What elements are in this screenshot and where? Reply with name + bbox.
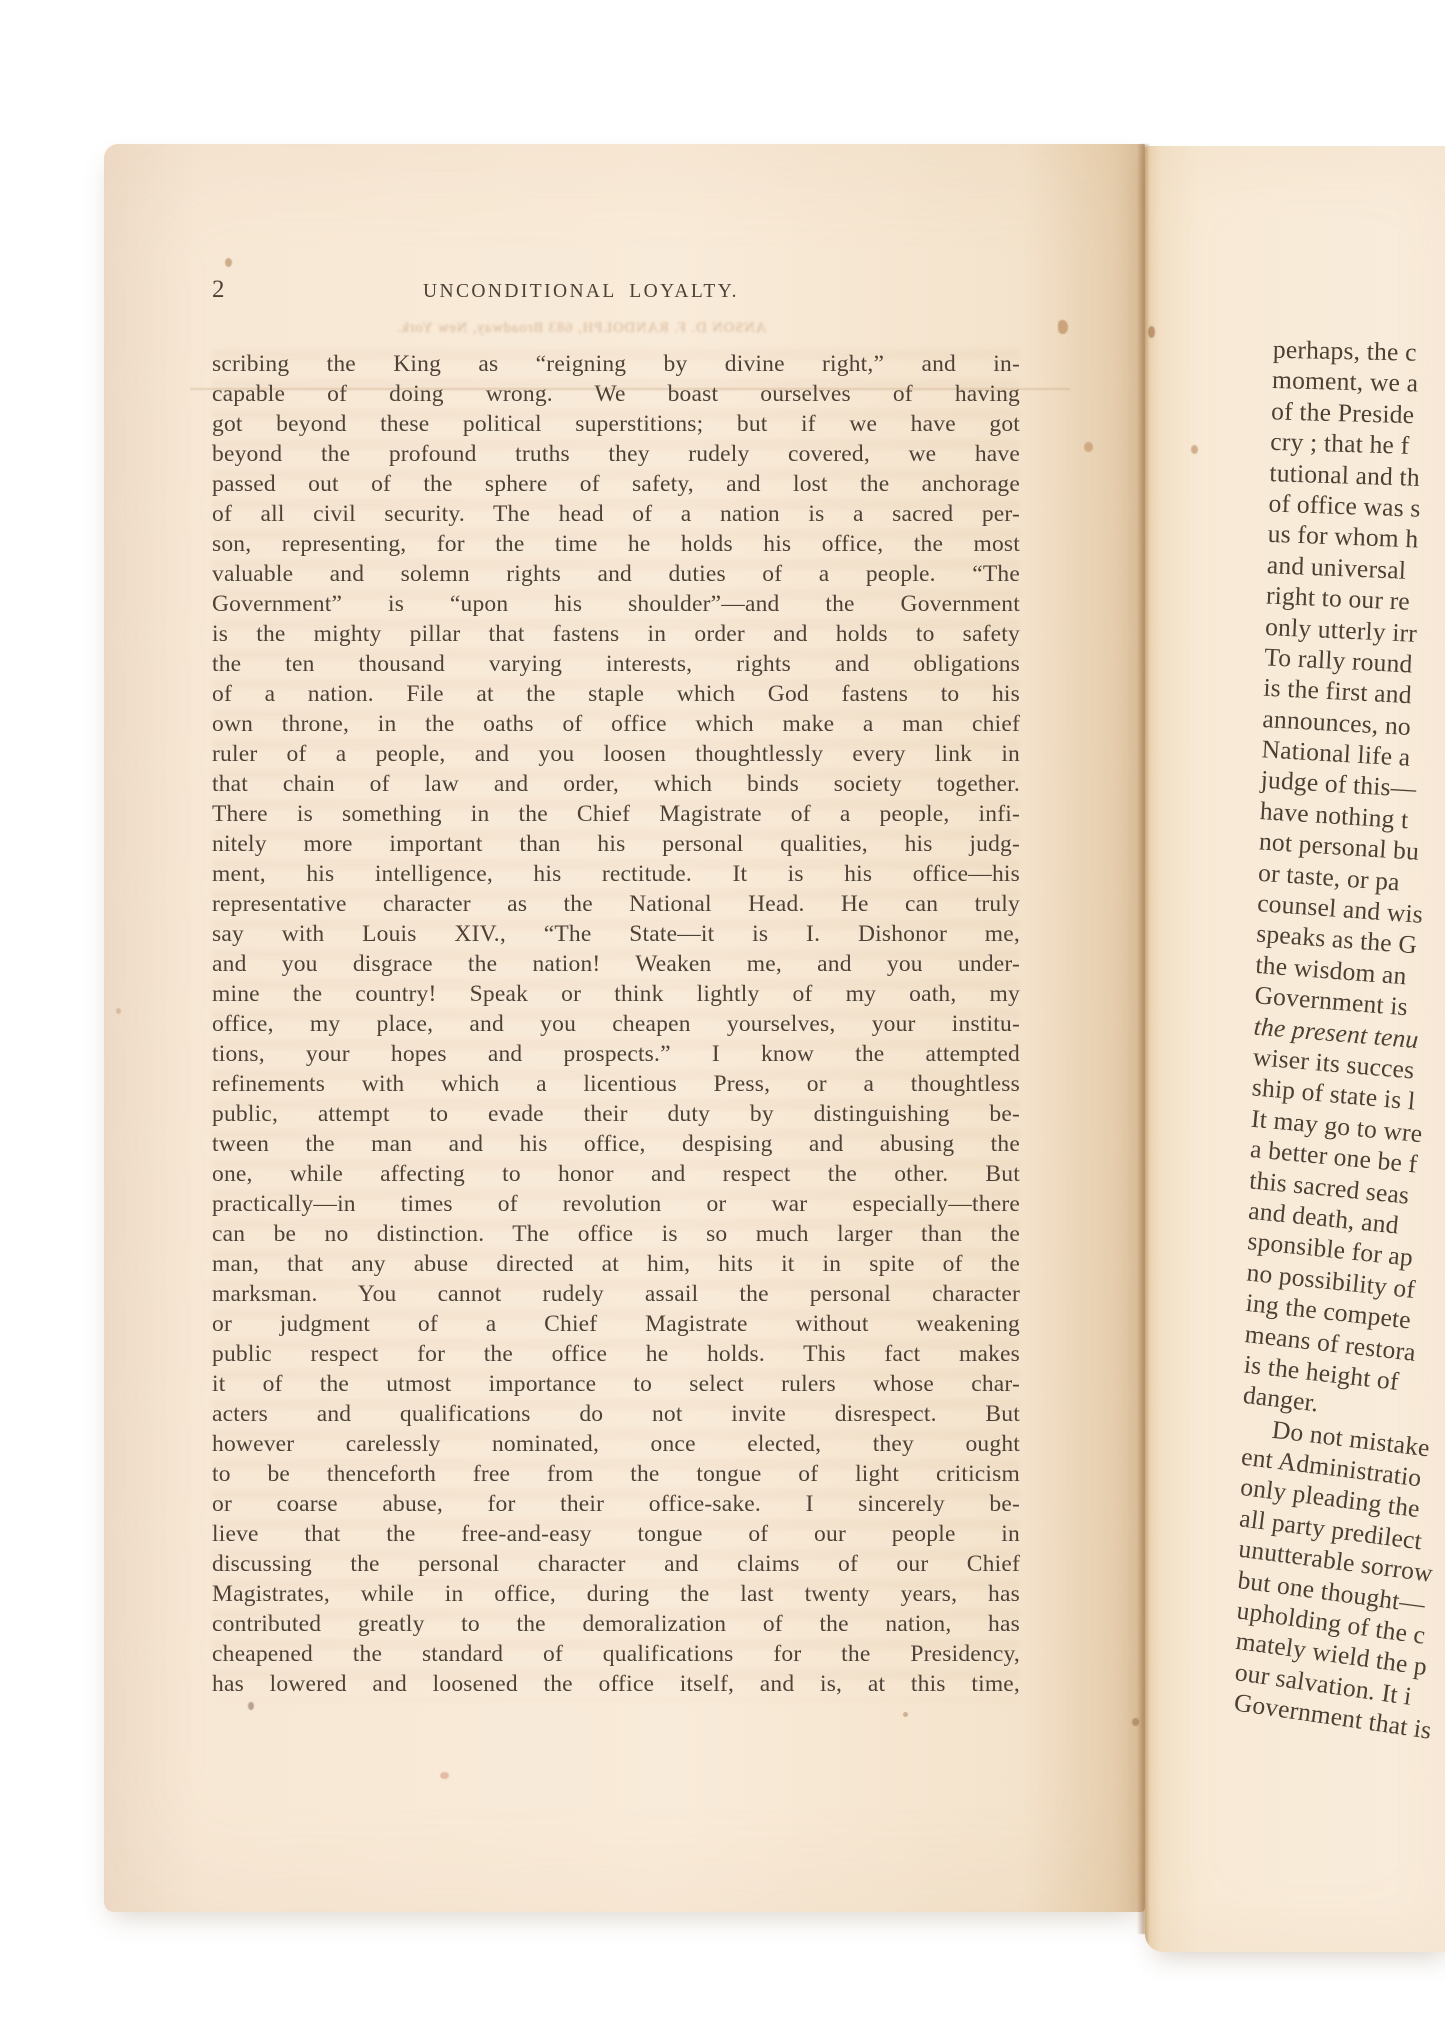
text-line: to be thenceforth free from the tongue o… <box>212 1459 1020 1489</box>
text-line: ruler of a people, and you loosen though… <box>212 739 1020 769</box>
text-line: lieve that the free-and-easy tongue of o… <box>212 1519 1020 1549</box>
text-line: public respect for the office he holds. … <box>212 1339 1020 1369</box>
text-line: or judgment of a Chief Magistrate withou… <box>212 1309 1020 1339</box>
text-line: mine the country! Speak or think lightly… <box>212 979 1020 1009</box>
text-line: own throne, in the oaths of office which… <box>212 709 1020 739</box>
text-line: got beyond these political superstitions… <box>212 409 1020 439</box>
text-line: of a nation. File at the staple which Go… <box>212 679 1020 709</box>
right-page: perhaps, the cmoment, we aof the Preside… <box>1145 146 1445 1952</box>
text-line: can be no distinction. The office is so … <box>212 1219 1020 1249</box>
right-page-text: perhaps, the cmoment, we aof the Preside… <box>1145 332 1445 1700</box>
text-line: has lowered and loosened the office itse… <box>212 1669 1020 1699</box>
text-line: man, that any abuse directed at him, hit… <box>212 1249 1020 1279</box>
text-line: There is something in the Chief Magistra… <box>212 799 1020 829</box>
text-line: beyond the profound truths they rudely c… <box>212 439 1020 469</box>
text-line: marksman. You cannot rudely assail the p… <box>212 1279 1020 1309</box>
running-title: UNCONDITIONAL LOYALTY. <box>177 281 985 303</box>
text-line: Government” is “upon his shoulder”—and t… <box>212 589 1020 619</box>
text-line: tions, your hopes and prospects.” I know… <box>212 1039 1020 1069</box>
text-line: contributed greatly to the demoralizatio… <box>212 1609 1020 1639</box>
text-line: say with Louis XIV., “The State—it is I.… <box>212 919 1020 949</box>
text-line: scribing the King as “reigning by divine… <box>212 349 1020 379</box>
left-page: 2 UNCONDITIONAL LOYALTY. ANSON D. F. RAN… <box>104 144 1145 1912</box>
text-line: ment, his intelligence, his rectitude. I… <box>212 859 1020 889</box>
text-line: discussing the personal character and cl… <box>212 1549 1020 1579</box>
text-line: or coarse abuse, for their office-sake. … <box>212 1489 1020 1519</box>
text-line: office, my place, and you cheapen yourse… <box>212 1009 1020 1039</box>
text-line: Magistrates, while in office, during the… <box>212 1579 1020 1609</box>
left-page-text: scribing the King as “reigning by divine… <box>212 349 1020 1699</box>
text-line: tween the man and his office, despising … <box>212 1129 1020 1159</box>
text-line: cheapened the standard of qualifications… <box>212 1639 1020 1669</box>
text-line: the ten thousand varying interests, righ… <box>212 649 1020 679</box>
text-line: is the mighty pillar that fastens in ord… <box>212 619 1020 649</box>
text-line: son, representing, for the time he holds… <box>212 529 1020 559</box>
text-line: that chain of law and order, which binds… <box>212 769 1020 799</box>
text-line: passed out of the sphere of safety, and … <box>212 469 1020 499</box>
show-through-imprint: ANSON D. F. RANDOLPH, 683 Broadway, New … <box>177 320 985 337</box>
text-line: of all civil security. The head of a nat… <box>212 499 1020 529</box>
text-line: valuable and solemn rights and duties of… <box>212 559 1020 589</box>
text-line: capable of doing wrong. We boast ourselv… <box>212 379 1020 409</box>
text-line: nitely more important than his personal … <box>212 829 1020 859</box>
text-line: however carelessly nominated, once elect… <box>212 1429 1020 1459</box>
text-line: one, while affecting to honor and respec… <box>212 1159 1020 1189</box>
text-line: practically—in times of revolution or wa… <box>212 1189 1020 1219</box>
text-line: representative character as the National… <box>212 889 1020 919</box>
text-line: refinements with which a licentious Pres… <box>212 1069 1020 1099</box>
photo-background: 2 UNCONDITIONAL LOYALTY. ANSON D. F. RAN… <box>0 0 1445 2023</box>
text-line: it of the utmost importance to select ru… <box>212 1369 1020 1399</box>
text-line: acters and qualifications do not invite … <box>212 1399 1020 1429</box>
text-line: and you disgrace the nation! Weaken me, … <box>212 949 1020 979</box>
text-line: public, attempt to evade their duty by d… <box>212 1099 1020 1129</box>
